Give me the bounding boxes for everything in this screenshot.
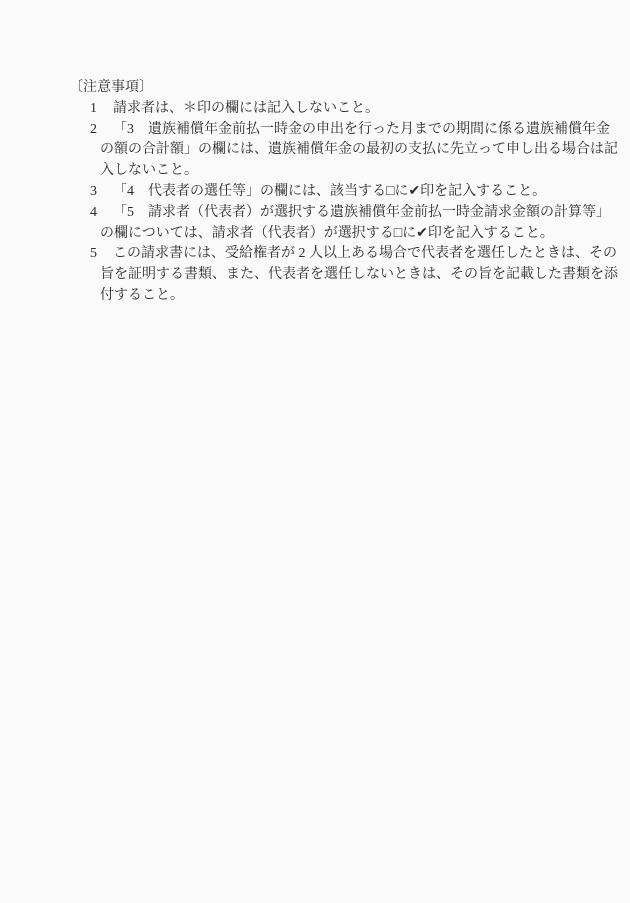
note-item-line: 「3 遺族補償年金前払一時金の申出を行った月までの期間に係る遺族補償年金 [69,120,569,141]
document-page: 〔注意事項〕 1 請求者は、＊印の欄には記入しないこと。 2 「3 遺族補償年金… [0,0,630,903]
note-item-line: 入しないこと。 [69,161,569,182]
notes-heading: 〔注意事項〕 [69,78,569,99]
note-item-line: 旨を証明する書類、また、代表者を選任しないときは、その旨を記載した書類を添 [69,265,569,286]
note-item-5: 5 この請求書には、受給権者が 2 人以上ある場合で代表者を選任したときは、その… [69,244,569,306]
note-item-number: 1 [90,99,104,120]
note-item-number: 5 [90,244,104,265]
note-item-number: 4 [90,203,104,224]
note-item-3: 3 「4 代表者の選任等」の欄には、該当する□に✔印を記入すること。 [69,182,569,203]
note-item-line: 「4 代表者の選任等」の欄には、該当する□に✔印を記入すること。 [69,182,569,203]
note-item-line: の欄については、請求者（代表者）が選択する□に✔印を記入すること。 [69,224,569,245]
note-item-line: 請求者は、＊印の欄には記入しないこと。 [69,99,569,120]
note-item-4: 4 「5 請求者（代表者）が選択する遺族補償年金前払一時金請求金額の計算等」 の… [69,203,569,245]
note-item-line: 付すること。 [69,286,569,307]
note-item-line: この請求書には、受給権者が 2 人以上ある場合で代表者を選任したときは、その [69,244,569,265]
note-item-line: 「5 請求者（代表者）が選択する遺族補償年金前払一時金請求金額の計算等」 [69,203,569,224]
note-item-line: の額の合計額」の欄には、遺族補償年金の最初の支払に先立って申し出る場合は記 [69,140,569,161]
note-item-2: 2 「3 遺族補償年金前払一時金の申出を行った月までの期間に係る遺族補償年金 の… [69,120,569,182]
notes-section: 〔注意事項〕 1 請求者は、＊印の欄には記入しないこと。 2 「3 遺族補償年金… [69,78,569,307]
note-item-number: 3 [90,182,104,203]
note-item-1: 1 請求者は、＊印の欄には記入しないこと。 [69,99,569,120]
note-item-number: 2 [90,120,104,141]
